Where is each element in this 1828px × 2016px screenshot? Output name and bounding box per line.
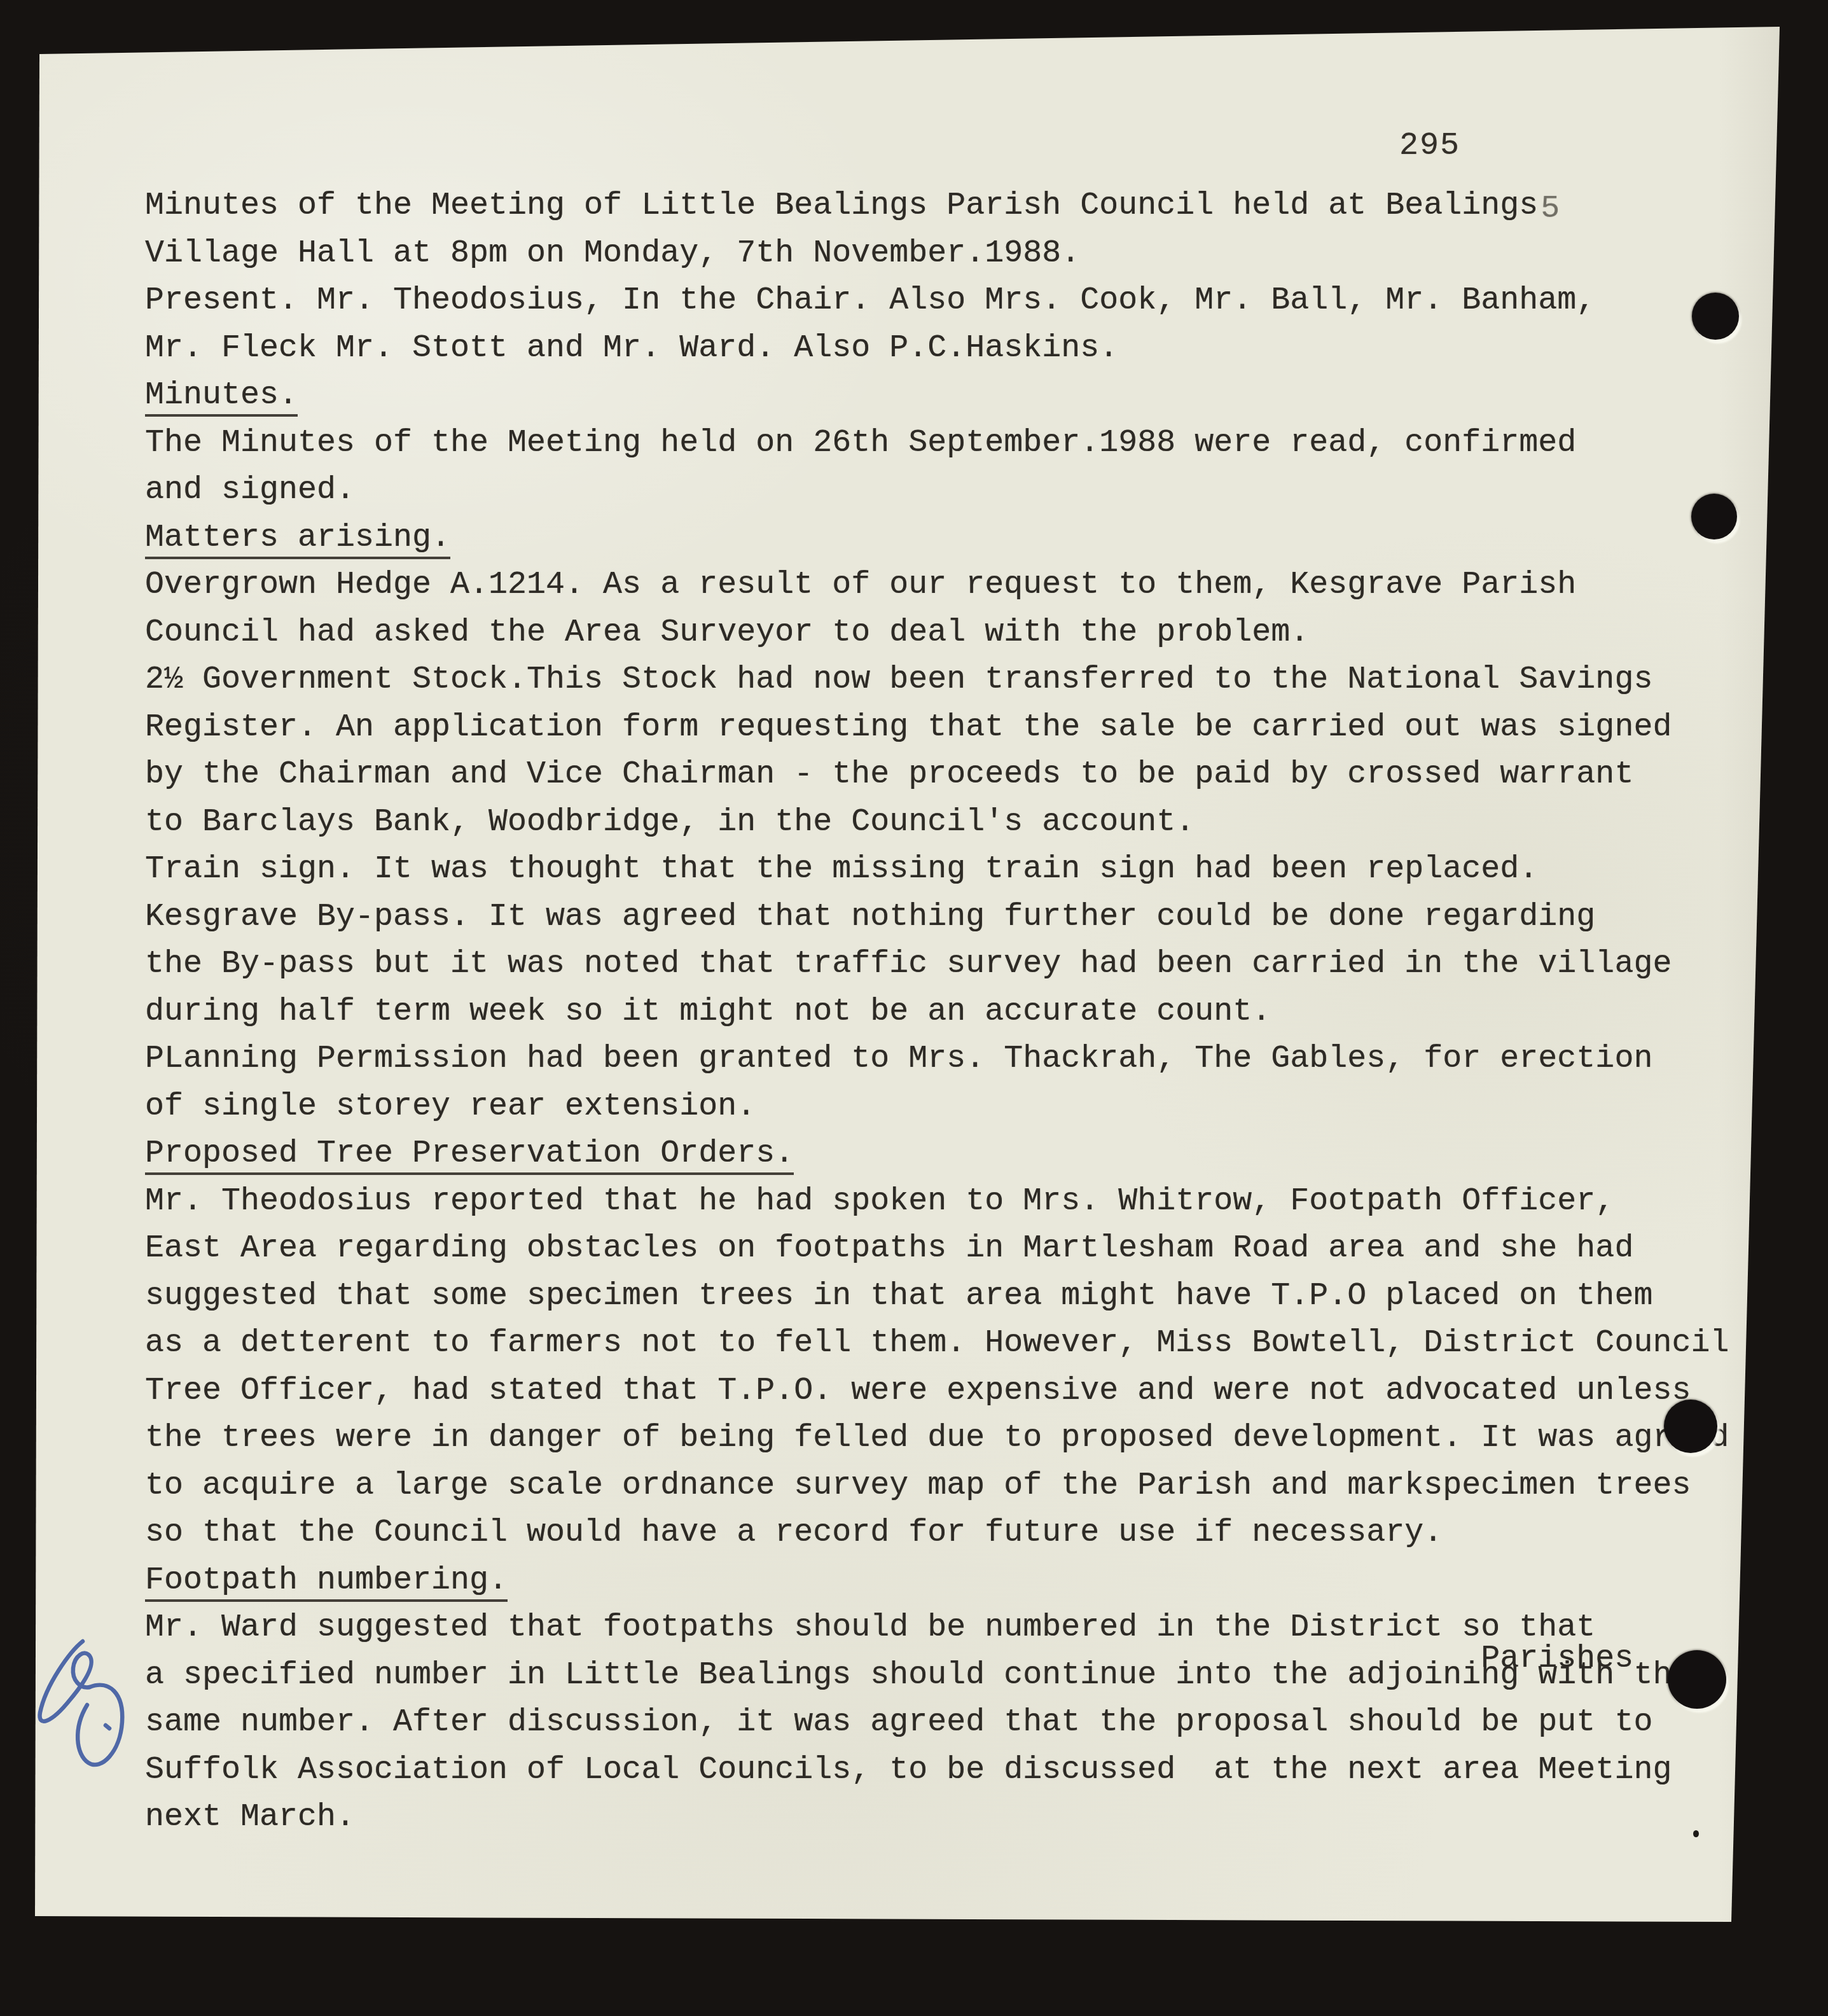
text-line: Mr. Theodosius reported that he had spok… [145,1178,1773,1226]
text-line: Present. Mr. Theodosius, In the Chair. A… [145,277,1773,325]
text-line: Minutes of the Meeting of Little Bealing… [145,183,1773,230]
hole-punch [1668,1650,1726,1709]
text-line: Train sign. It was thought that the miss… [145,846,1773,894]
text-line: so that the Council would have a record … [145,1510,1773,1557]
text-line: during half term week so it might not be… [145,989,1773,1036]
typed-insertion: Parishes [1481,1636,1633,1683]
text-line: Kesgrave By-pass. It was agreed that not… [145,894,1773,942]
text-line: a specified number in Little Bealings sh… [145,1652,1773,1700]
text-line: as a detterent to farmers not to fell th… [145,1320,1773,1368]
section-heading: Proposed Tree Preservation Orders. [145,1130,1773,1178]
section-heading: Footpath numbering. [145,1557,1773,1605]
text-line: and signed. [145,467,1773,515]
text-line: the trees were in danger of being felled… [145,1415,1773,1463]
text-line: Council had asked the Area Surveyor to d… [145,609,1773,657]
ghost-overprint: 5 [1541,191,1560,227]
text-line: to acquire a large scale ordnance survey… [145,1463,1773,1510]
text-line: Village Hall at 8pm on Monday, 7th Novem… [145,230,1773,278]
scan-background: 295 Minutes of the Meeting of Little Bea… [0,0,1828,2016]
document-page: 295 Minutes of the Meeting of Little Bea… [0,0,1828,2016]
text-line: to Barclays Bank, Woodbridge, in the Cou… [145,799,1773,847]
text-line: Suffolk Association of Local Councils, t… [145,1747,1773,1795]
text-line: by the Chairman and Vice Chairman - the … [145,751,1773,799]
section-heading: Minutes. [145,372,1773,420]
text-line: Register. An application form requesting… [145,704,1773,752]
text-line: the By-pass but it was noted that traffi… [145,941,1773,989]
text-line: next March. [145,1794,1773,1842]
text-line: same number. After discussion, it was ag… [145,1699,1773,1747]
hole-punch [1664,1400,1717,1453]
text-line: Overgrown Hedge A.1214. As a result of o… [145,562,1773,609]
text-line: The Minutes of the Meeting held on 26th … [145,420,1773,468]
text-line: suggested that some specimen trees in th… [145,1273,1773,1321]
hole-punch [1692,293,1739,340]
hole-punch [1691,494,1737,539]
text-line: East Area regarding obstacles on footpat… [145,1225,1773,1273]
text-line: 2½ Government Stock.This Stock had now b… [145,657,1773,704]
ink-doodle [25,1626,159,1798]
text-line: of single storey rear extension. [145,1083,1773,1131]
section-heading: Matters arising. [145,515,1773,562]
dust-speck [1693,1830,1699,1837]
text-line: Mr. Fleck Mr. Stott and Mr. Ward. Also P… [145,325,1773,373]
text-line: Tree Officer, had stated that T.P.O. wer… [145,1368,1773,1415]
page-number: 295 [1399,129,1460,164]
text-line: PLanning Permission had been granted to … [145,1036,1773,1083]
document-text: Minutes of the Meeting of Little Bealing… [145,183,1773,1842]
